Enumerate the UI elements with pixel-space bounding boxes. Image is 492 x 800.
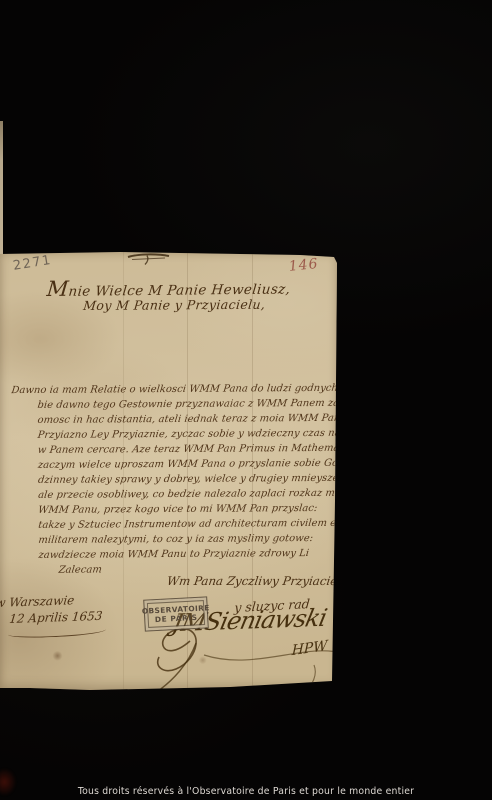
date-underline-flourish	[8, 625, 106, 638]
folio-number-red: 146	[288, 256, 319, 275]
place-line: w Warszawie	[0, 593, 75, 610]
archival-number-pencil: 2271	[12, 253, 53, 274]
observatoire-de-paris-stamp: OBSERVATOIRE DE PARIS	[143, 596, 209, 631]
letter-page: 2271 146 Mnie Wielce M Panie Heweliusz, …	[0, 251, 338, 691]
salutation-line-2: Moy M Panie y Przyiacielu,	[83, 297, 267, 313]
letter-body: Dawno ia mam Relatie o wielkosci WMM Pan…	[0, 381, 339, 578]
stamp-line-2: DE PARIS	[155, 613, 198, 624]
manuscript-scan: 2271 146 Mnie Wielce M Panie Heweliusz, …	[0, 0, 492, 800]
copyright-caption: Tous droits réservés à l'Observatoire de…	[0, 786, 492, 797]
closing-line-1: Wm Pana Zyczliwy Przyiaciel	[166, 574, 342, 588]
crossed-ink-mark	[126, 250, 172, 266]
adjacent-page-edge	[0, 121, 3, 254]
date-line: 12 Aprilis 1653	[9, 609, 104, 626]
